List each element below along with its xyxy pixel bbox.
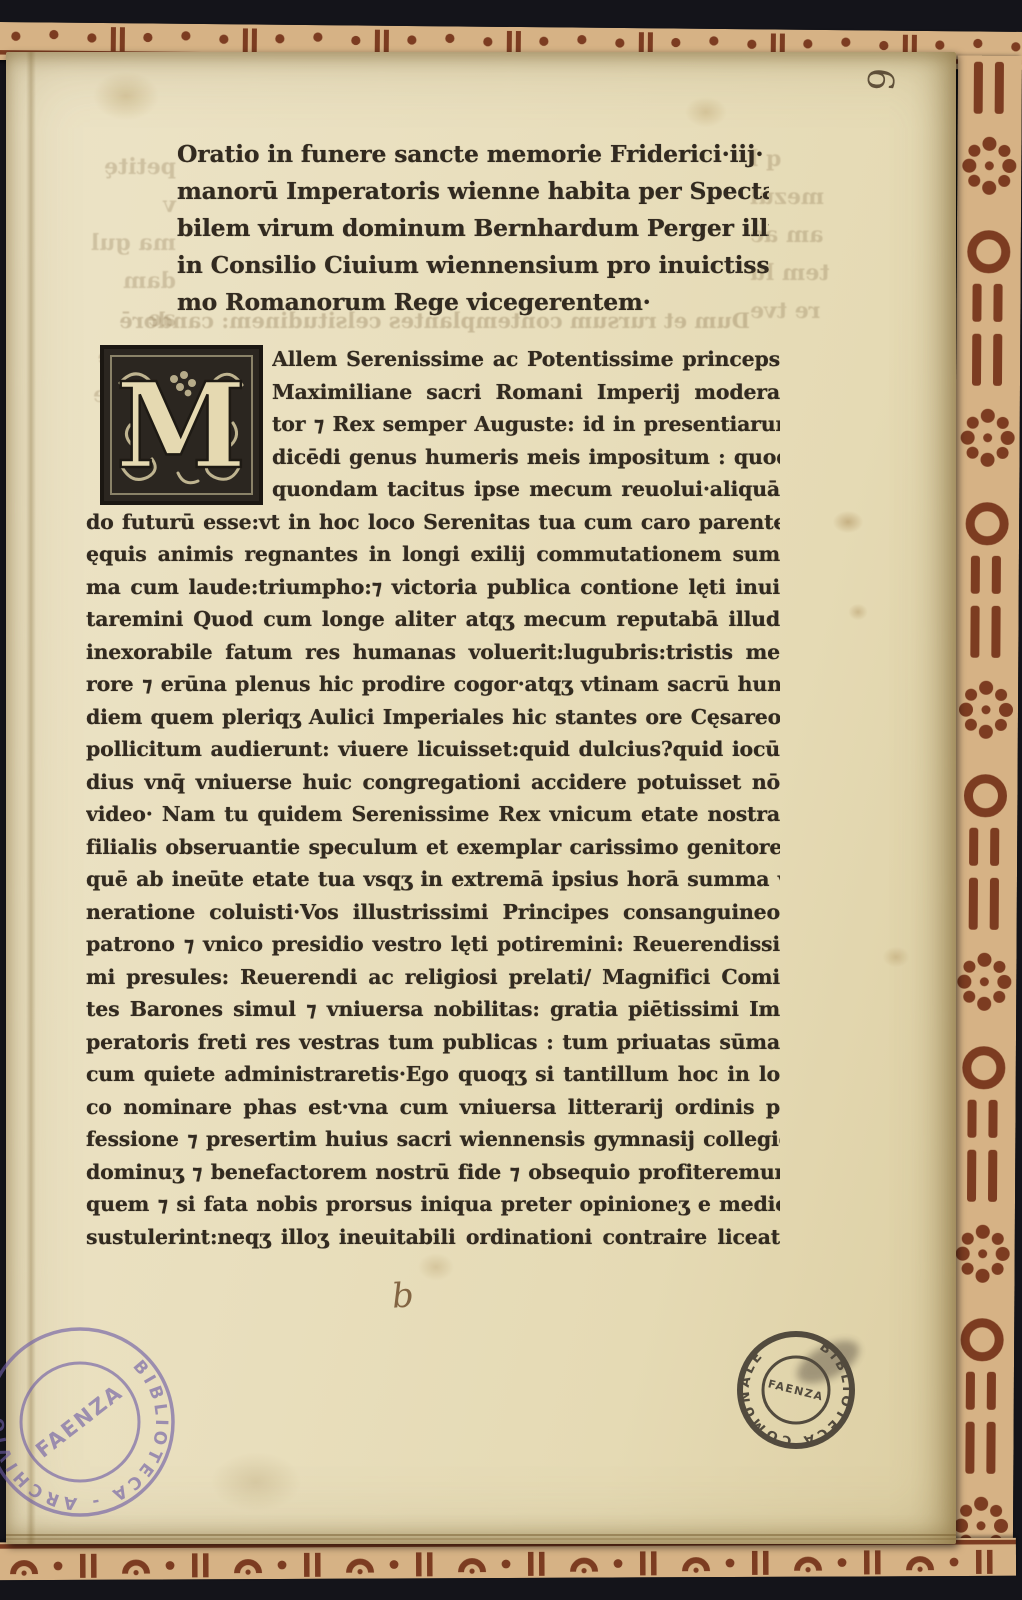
body-line: do futurū esse:vt in hoc loco Serenitas …: [86, 506, 780, 539]
title-line: Oratio in funere sancte memorie Frideric…: [177, 136, 769, 173]
body-line: sustulerint:neqʒ illoʒ ineuitabili ordin…: [86, 1221, 780, 1254]
body-line: dicēdi genus humeris meis impositum : qu…: [272, 441, 780, 474]
body-line: ęquis animis regnantes in longi exilij c…: [86, 538, 780, 571]
body-line: fessione ⁊ presertim huius sacri wiennen…: [86, 1123, 780, 1156]
bleedthrough-fragment: petitę v: [90, 148, 176, 224]
body-line: neratione coluisti·Vos illustrissimi Pri…: [86, 896, 780, 929]
purple-stamp-art: BIBLIOTECA - ARCHIVIO FAENZA: [0, 1310, 192, 1534]
purple-stamp-center-text: FAENZA: [31, 1380, 127, 1463]
border-bottom-pattern: [0, 1538, 1016, 1580]
binding-border-right: [949, 56, 1022, 1556]
body-line: filialis obseruantie speculum et exempla…: [86, 831, 780, 864]
body-text: Allem Serenissime ac Potentissime prince…: [86, 343, 780, 1253]
body-line: tor ⁊ Rex semper Auguste: id in presenti…: [272, 408, 780, 441]
body-line: dius vnq̄ vniuerse huic congregationi ac…: [86, 766, 780, 799]
body-line: tes Barones simul ⁊ vniuersa nobilitas: …: [86, 993, 780, 1026]
title-paragraph: Oratio in funere sancte memorie Frideric…: [177, 136, 769, 321]
body-line: taremini Quod cum longe aliter atqʒ mecu…: [86, 603, 780, 636]
binding-border-bottom: [0, 1538, 1016, 1580]
title-line: manorū Imperatoris wienne habita per Spe…: [177, 173, 769, 210]
title-line: bilem virum dominum Bernhardum Perger il…: [177, 210, 769, 247]
title-line: in Consilio Ciuium wiennensium pro inuic…: [177, 247, 769, 284]
bleedthrough-fragment: ma gul: [90, 224, 176, 262]
body-line: mi presules: Reuerendi ac religiosi prel…: [86, 961, 780, 994]
title-line: mo Romanorum Rege vicegerentem·: [177, 284, 769, 321]
signature-mark: b: [391, 1275, 416, 1316]
body-line: Maximiliane sacri Romani Imperij modera: [272, 376, 780, 409]
body-line: quondam tacitus ipse mecum reuolui·aliqu…: [272, 473, 780, 506]
body-line: peratoris freti res vestras tum publicas…: [86, 1026, 780, 1059]
book-page: 6 petitę vma guldam aetem ſeere treancti…: [6, 52, 956, 1544]
body-indented-lines: Allem Serenissime ac Potentissime prince…: [272, 343, 780, 506]
body-line: rore ⁊ erūna plenus hic prodire cogor·at…: [86, 668, 780, 701]
border-right-pattern: [949, 56, 1022, 1556]
body-line: patrono ⁊ vnico presidio vestro lęti pot…: [86, 928, 780, 961]
scan-background: 6 petitę vma guldam aetem ſeere treancti…: [0, 0, 1022, 1600]
body-line: diem quem pleriqʒ Aulici Imperiales hic …: [86, 701, 780, 734]
body-line: inexorabile fatum res humanas voluerit:l…: [86, 636, 780, 669]
library-stamp-dark: BIBLIOTECA COMUNALE FAENZA: [716, 1310, 876, 1470]
body-line: dominuʒ ⁊ benefactorem nostrū fide ⁊ obs…: [86, 1156, 780, 1189]
body-line: pollicitum audierunt: viuere licuisset:q…: [86, 733, 780, 766]
body-line: cum quiete administraretis·Ego quoqʒ si …: [86, 1058, 780, 1091]
body-line: quē ab ineūte etate tua vsqʒ in extremā …: [86, 863, 780, 896]
body-line: Allem Serenissime ac Potentissime prince…: [272, 343, 780, 376]
library-stamp-purple: BIBLIOTECA - ARCHIVIO FAENZA: [0, 1310, 192, 1534]
body-line: quem ⁊ si fata nobis prorsus iniqua pret…: [86, 1188, 780, 1221]
body-line: co nominare phas est·vna cum vniuersa li…: [86, 1091, 780, 1124]
folio-number: 6: [837, 64, 901, 119]
dark-stamp-art: BIBLIOTECA COMUNALE FAENZA: [716, 1310, 876, 1470]
body-line: video· Nam tu quidem Serenissime Rex vni…: [86, 798, 780, 831]
body-full-lines: do futurū esse:vt in hoc loco Serenitas …: [86, 506, 780, 1254]
body-line: ma cum laude:triumpho:⁊ victoria publica…: [86, 571, 780, 604]
